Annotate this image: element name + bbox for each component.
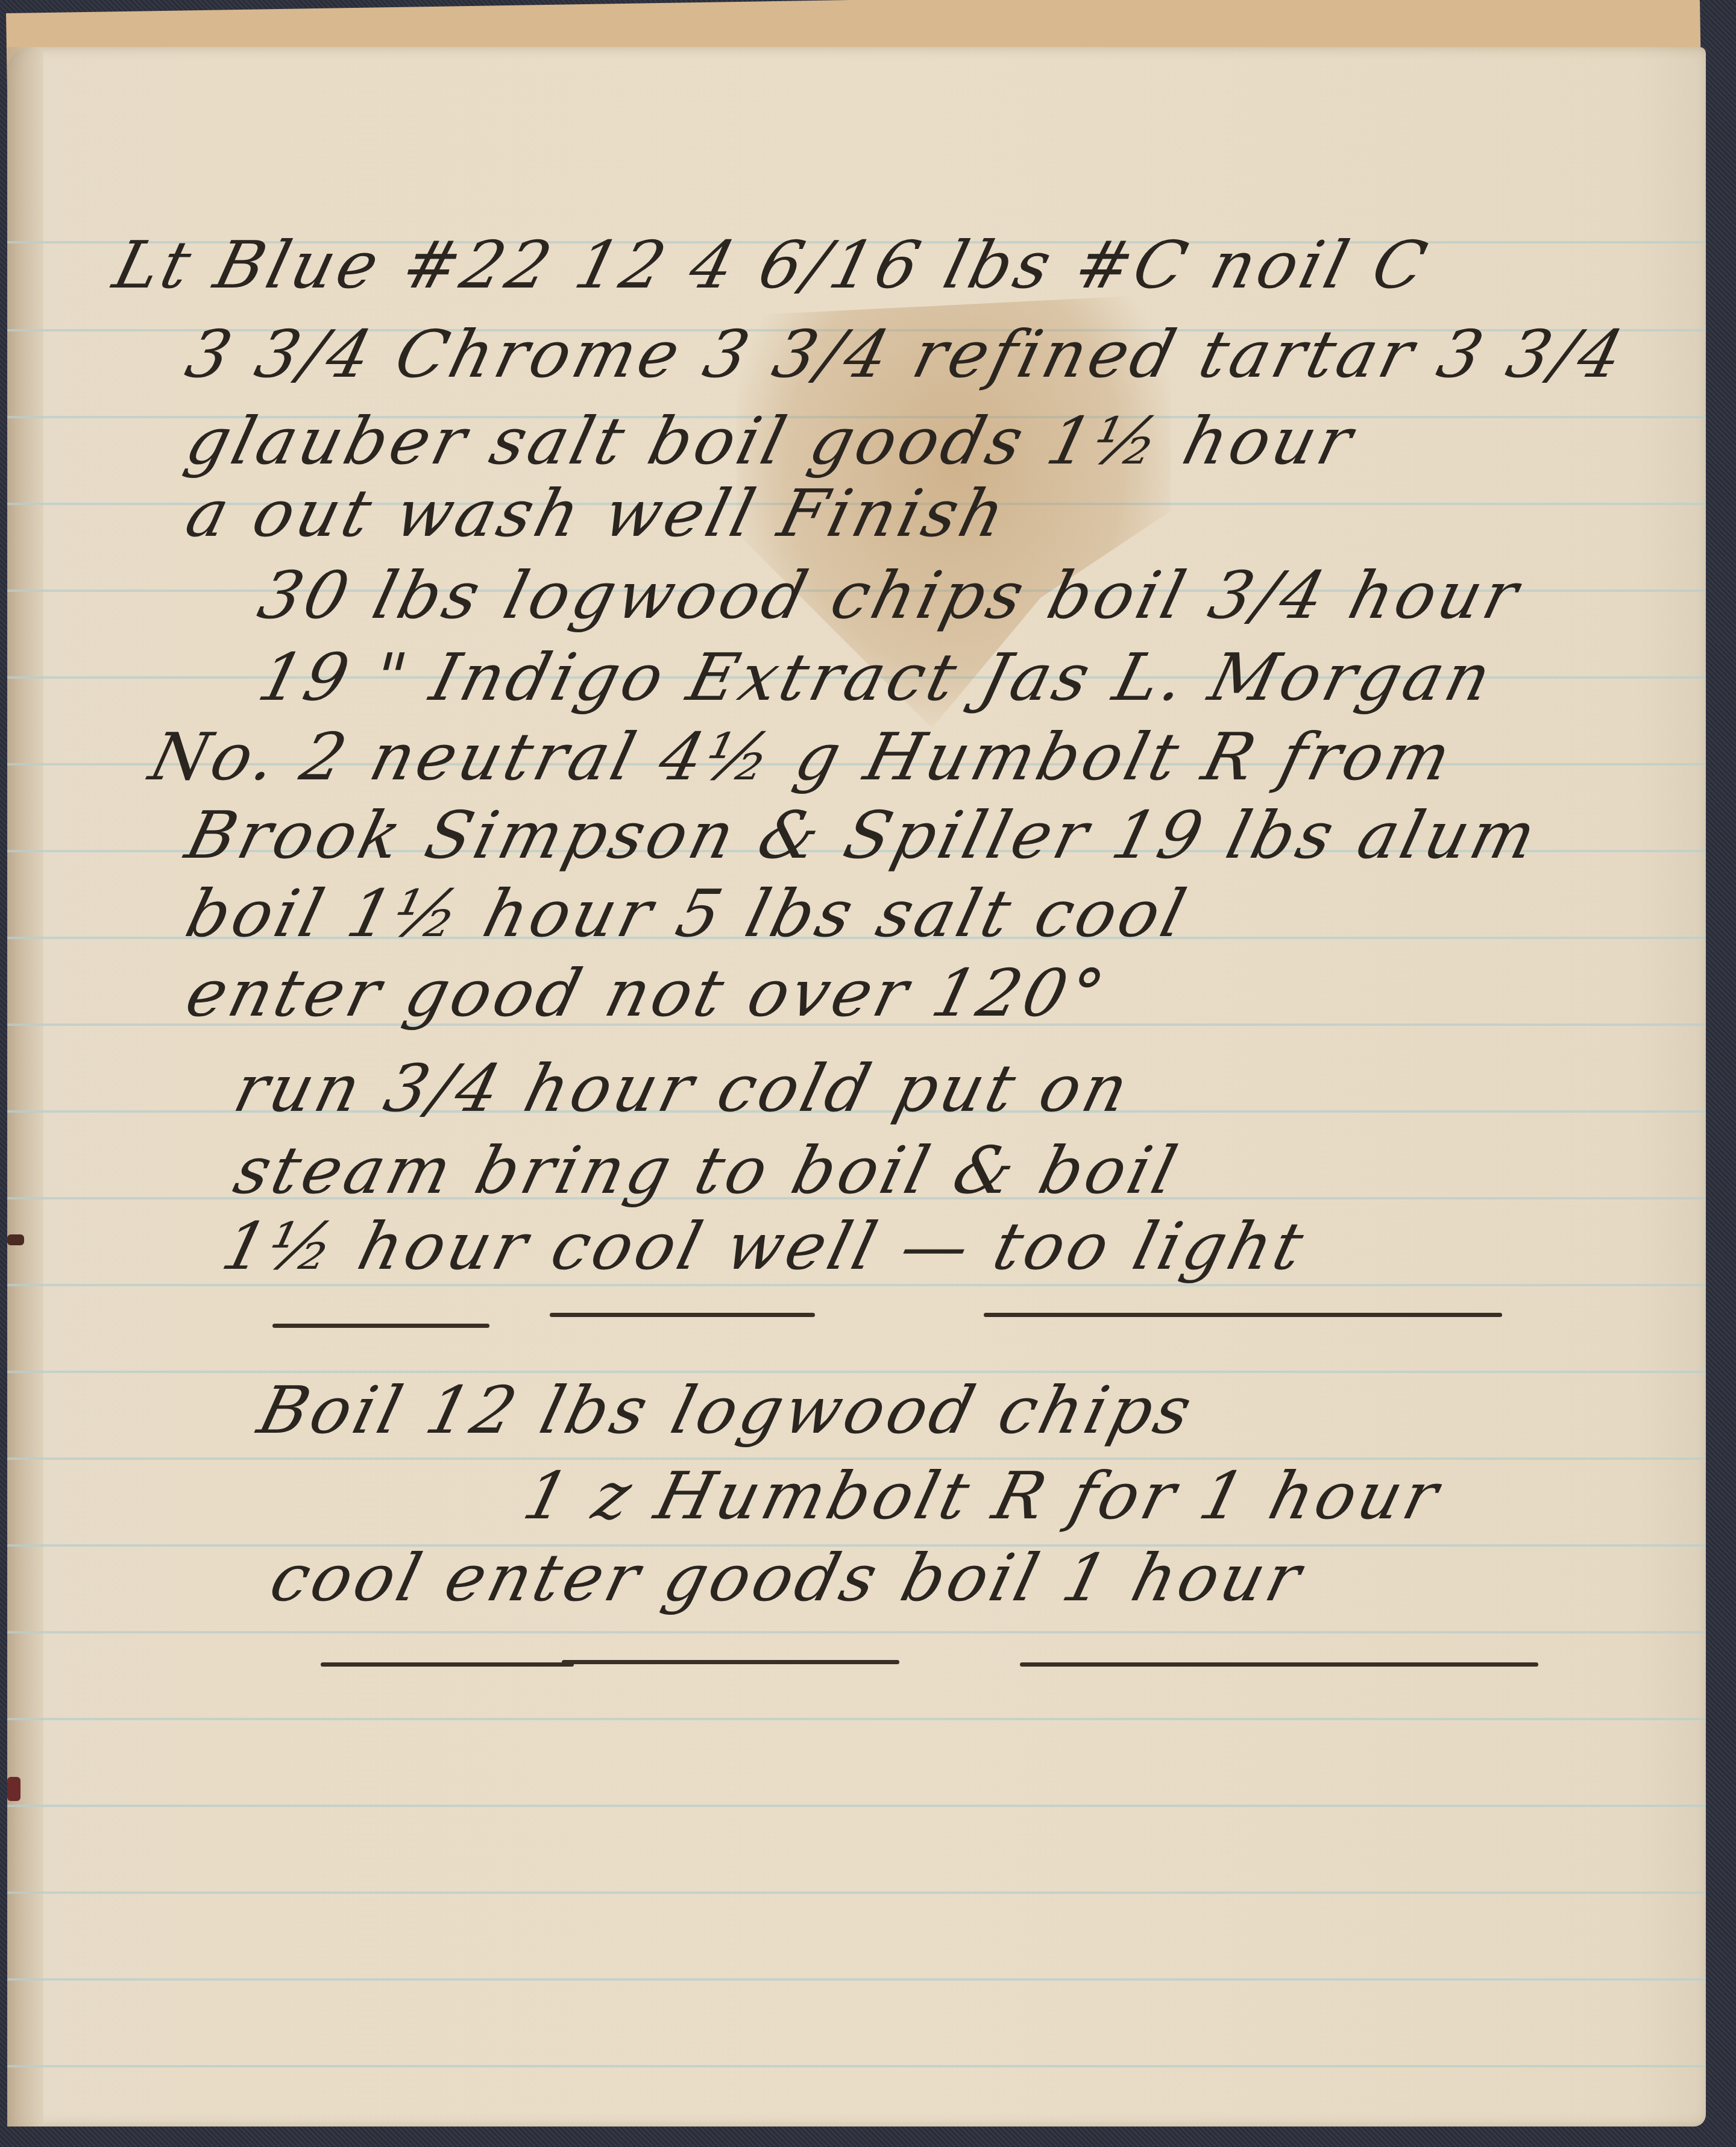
binding-edge	[7, 47, 43, 2127]
handwritten-line: enter good not over 120°	[178, 956, 1115, 1031]
ruled-line	[7, 1978, 1706, 1981]
handwritten-line: 1 z Humbolt R for 1 hour	[516, 1459, 1448, 1534]
handwritten-line: glauber salt boil goods 1½ hour	[178, 404, 1363, 479]
divider-stroke	[562, 1660, 899, 1664]
handwritten-line: run 3/4 hour cold put on	[227, 1051, 1139, 1127]
divider-stroke	[321, 1662, 574, 1667]
divider-stroke	[550, 1313, 815, 1317]
ruled-line	[7, 2065, 1706, 2067]
ruled-line	[7, 1631, 1706, 1633]
handwritten-line: 1½ hour cool well — too light	[215, 1209, 1313, 1284]
divider-stroke	[984, 1313, 1502, 1317]
handwritten-line: steam bring to boil & boil	[227, 1133, 1187, 1209]
divider-stroke	[1020, 1662, 1538, 1667]
ink-mark	[7, 1234, 24, 1245]
handwritten-line: Lt Blue #22 12 4 6/16 lbs #C noil C	[106, 228, 1437, 303]
handwritten-line: 19 " Indigo Extract Jas L. Morgan	[251, 640, 1502, 715]
ink-mark	[7, 1777, 20, 1801]
divider-stroke	[272, 1324, 489, 1328]
notebook-page: Lt Blue #22 12 4 6/16 lbs #C noil C 3 3/…	[7, 47, 1706, 2127]
handwritten-line: boil 1½ hour 5 lbs salt cool	[178, 876, 1196, 952]
ruled-line	[7, 1891, 1706, 1894]
handwritten-line: Boil 12 lbs logwood chips	[251, 1373, 1202, 1448]
ruled-line	[7, 1805, 1706, 1807]
handwritten-line: 3 3/4 Chrome 3 3/4 refined tartar 3 3/4	[178, 317, 1634, 392]
handwritten-line: 30 lbs logwood chips boil 3/4 hour	[251, 558, 1529, 633]
handwritten-line: Brook Simpson & Spiller 19 lbs alum	[178, 798, 1547, 873]
ruled-line	[7, 1718, 1706, 1720]
handwritten-line: cool enter goods boil 1 hour	[263, 1541, 1312, 1616]
handwritten-line: a out wash well Finish	[178, 476, 1016, 552]
handwritten-line: No. 2 neutral 4½ g Humbolt R from	[142, 720, 1461, 795]
